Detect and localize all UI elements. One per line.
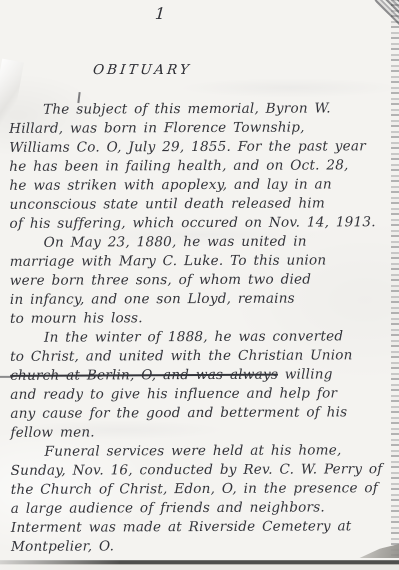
obituary-title: OBITUARY bbox=[92, 62, 192, 78]
handwritten-line: Interment was made at Riverside Cemetery… bbox=[11, 517, 397, 538]
handwritten-line: fellow men. bbox=[10, 422, 396, 443]
handwritten-line: Williams Co. O, July 29, 1855. For the p… bbox=[9, 137, 395, 158]
handwritten-line: to Christ, and united with the Christian… bbox=[10, 346, 396, 367]
line-text: willing bbox=[278, 366, 333, 382]
scan-bottom-edge bbox=[0, 558, 399, 570]
handwritten-line: Funeral services were held at his home, bbox=[10, 441, 396, 462]
handwritten-line: were born three sons, of whom two died bbox=[10, 270, 396, 291]
handwritten-line: he was striken with apoplexy, and lay in… bbox=[9, 175, 395, 196]
handwritten-lines: The subject of this memorial, Byron W.Hi… bbox=[9, 99, 397, 557]
handwritten-line: any cause for the good and betterment of… bbox=[10, 403, 396, 424]
handwritten-line: church at Berlin, O, and was always will… bbox=[10, 365, 396, 386]
handwritten-line: he has been in failing health, and on Oc… bbox=[9, 156, 395, 177]
handwritten-line: to mourn his loss. bbox=[10, 308, 396, 329]
handwritten-line: Hillard, was born in Florence Township, bbox=[9, 118, 395, 139]
handwritten-line: the Church of Christ, Edon, O, in the pr… bbox=[11, 479, 397, 500]
page-number: 1 bbox=[154, 4, 166, 23]
handwritten-line: marriage with Mary C. Luke. To this unio… bbox=[10, 251, 396, 272]
handwritten-line: in infancy, and one son Lloyd, remains bbox=[10, 289, 396, 310]
handwritten-line: of his suffering, which occured on Nov. … bbox=[10, 213, 396, 234]
handwritten-line: Sunday, Nov. 16, conducted by Rev. C. W.… bbox=[11, 460, 397, 481]
struck-text: church at Berlin, O, and was always bbox=[10, 367, 278, 384]
margin-dash-mark bbox=[0, 376, 13, 378]
scan-edge-noise-right bbox=[391, 0, 399, 556]
handwritten-line: On May 23, 1880, he was united in bbox=[10, 232, 396, 253]
handwritten-line: and ready to give his influence and help… bbox=[10, 384, 396, 405]
handwritten-line: In the winter of 1888, he was converted bbox=[10, 327, 396, 348]
handwritten-line: unconscious state until death released h… bbox=[9, 194, 395, 215]
handwritten-line: a large audience of friends and neighbor… bbox=[11, 498, 397, 519]
scanned-obituary-page: 1 OBITUARY The subject of this memorial,… bbox=[0, 0, 399, 570]
handwritten-line: Montpelier, O. bbox=[11, 536, 397, 557]
handwritten-line: The subject of this memorial, Byron W. bbox=[9, 99, 395, 120]
